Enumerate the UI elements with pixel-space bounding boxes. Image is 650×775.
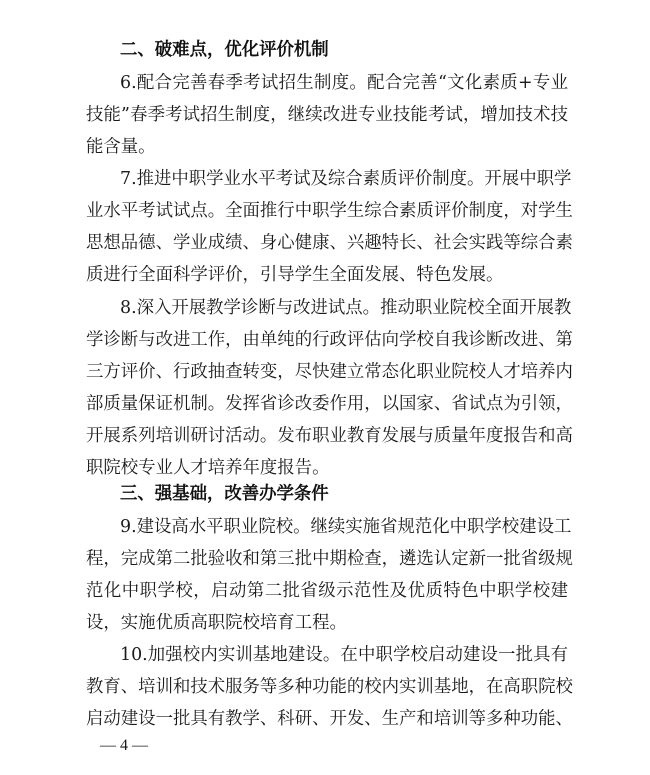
paragraph-line: 学诊断与改进工作，由单纯的行政评估向学校自我诊断改进、第 bbox=[86, 328, 568, 352]
paragraph-line: 能含量。 bbox=[86, 135, 568, 159]
paragraph-line: 8.深入开展教学诊断与改进试点。推动职业院校全面开展教 bbox=[120, 296, 568, 320]
paragraph-line: 三方评价、行政抽查转变，尽快建立常态化职业院校人才培养内 bbox=[86, 360, 568, 384]
paragraph-line: 思想品德、学业成绩、身心健康、兴趣特长、社会实践等综合素 bbox=[86, 231, 568, 255]
page-number: — 4 — bbox=[100, 734, 148, 758]
document-page: 二、破难点，优化评价机制 6.配合完善春季考试招生制度。配合完善“文化素质+专业… bbox=[0, 0, 650, 775]
paragraph-line: 范化中职学校，启动第二批省级示范性及优质特色中职学校建 bbox=[86, 579, 568, 603]
paragraph-line: 程，完成第二批验收和第三批中期检查，遴选认定新一批省级规 bbox=[86, 547, 568, 571]
paragraph-line: 设，实施优质高职院校培育工程。 bbox=[86, 611, 568, 635]
paragraph-line: 开展系列培训研讨活动。发布职业教育发展与质量年度报告和高 bbox=[86, 424, 568, 448]
section-heading: 三、强基础，改善办学条件 bbox=[120, 482, 329, 506]
paragraph-line: 技能”春季考试招生制度，继续改进专业技能考试，增加技术技 bbox=[86, 103, 568, 127]
paragraph-line: 部质量保证机制。发挥省诊改委作用，以国家、省试点为引领， bbox=[86, 392, 568, 416]
paragraph-line: 10.加强校内实训基地建设。在中职学校启动建设一批具有 bbox=[120, 643, 568, 667]
paragraph-line: 启动建设一批具有教学、科研、开发、生产和培训等多种功能、 bbox=[86, 707, 568, 731]
paragraph-line: 质进行全面科学评价，引导学生全面发展、特色发展。 bbox=[86, 263, 568, 287]
paragraph-line: 6.配合完善春季考试招生制度。配合完善“文化素质+专业 bbox=[120, 71, 568, 95]
paragraph-line: 7.推进中职学业水平考试及综合素质评价制度。开展中职学 bbox=[120, 167, 568, 191]
paragraph-line: 业水平考试试点。全面推行中职学生综合素质评价制度，对学生 bbox=[86, 199, 568, 223]
section-heading: 二、破难点，优化评价机制 bbox=[120, 38, 329, 62]
paragraph-line: 教育、培训和技术服务等多种功能的校内实训基地，在高职院校 bbox=[86, 675, 568, 699]
paragraph-line: 9.建设高水平职业院校。继续实施省规范化中职学校建设工 bbox=[120, 515, 568, 539]
paragraph-line: 职院校专业人才培养年度报告。 bbox=[86, 456, 568, 480]
